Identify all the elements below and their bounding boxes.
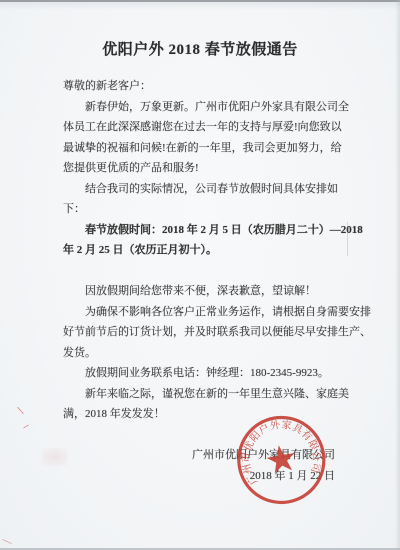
scanned-page: 优阳户外 2018 春节放假通告 尊敬的新老客户： 新春伊始，万象更新。广州市优… (0, 0, 400, 550)
scan-scratch (347, 222, 348, 256)
doc-line: 新年来临之际，谨祝您在新的一年里生意兴隆、家庭美 (63, 384, 337, 405)
red-ink-smudge (23, 425, 29, 429)
salutation: 尊敬的新老客户： (63, 76, 337, 97)
contact-phone-line: 放假期间业务联系电话：钟经理：180-2345-9923。 (63, 363, 337, 384)
doc-line: 最诚挚的祝福和问候!在新的一年里，我司会更加努力，给 (63, 138, 337, 159)
doc-line: 好节前节后的订货计划，并及时联系我司以便能尽早安排生产、 (63, 322, 337, 343)
holiday-dates-line: 春节放假时间：2018 年 2 月 5 日（农历腊月二十）—2018 (63, 220, 337, 241)
document-title: 优阳户外 2018 春节放假通告 (63, 38, 337, 62)
doc-line: 结合我司的实际情况，公司春节放假时间具体安排如 (63, 179, 337, 200)
doc-line: 为确保不影响各位客户正常业务运作，请根据自身需要安排 (63, 302, 337, 323)
holiday-dates-line: 年 2 月 25 日（农历正月初十）。 (63, 240, 337, 261)
blank-line (63, 261, 337, 282)
red-ink-smudge (17, 407, 24, 414)
doc-line: 因放假期间给您带来不便，深表歉意，望谅解！ (63, 281, 337, 302)
doc-line: 您提供更优质的产品和服务! (63, 158, 337, 179)
scan-edge-top-shade (0, 2, 400, 10)
seal-star-icon (265, 443, 298, 475)
doc-line: 发货。 (63, 343, 337, 364)
faint-ink-smudge (42, 448, 68, 466)
doc-line: 新春伊始，万象更新。广州市优阳户外家具有限公司全 (63, 97, 337, 118)
doc-line: 体员工在此深深感谢您在过去一年的支持与厚爱!向您致以 (63, 117, 337, 138)
scan-edge-right (395, 0, 400, 550)
red-ink-smudge (2, 539, 12, 544)
company-seal-stamp: 广州市优阳户外家具有限公司 (223, 400, 339, 516)
doc-line: 下： (63, 199, 337, 220)
